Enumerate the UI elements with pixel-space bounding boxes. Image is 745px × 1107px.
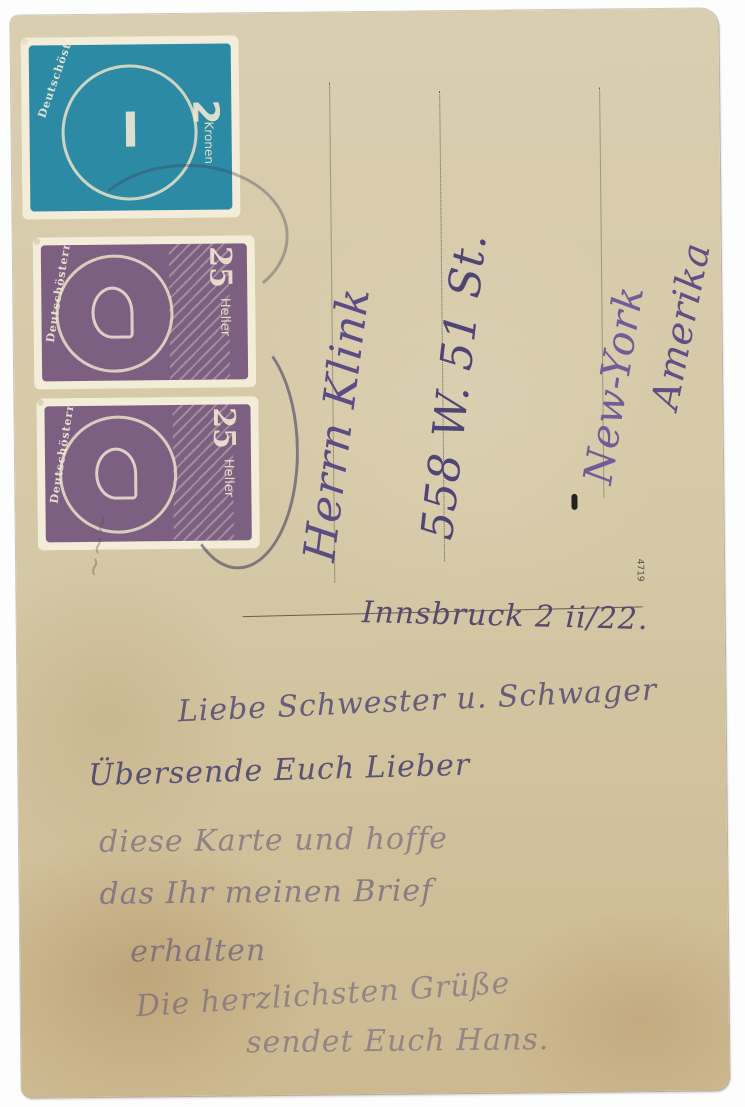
message-line: Liebe Schwester u. Schwager (177, 673, 658, 730)
message-place-date: Innsbruck 2 ii/22. (361, 595, 649, 637)
message-line: diese Karte und hoffe (99, 821, 448, 860)
message-line: sendet Euch Hans. (246, 1022, 550, 1060)
message-line: erhalten (130, 933, 266, 969)
eagle-emblem-icon: I (121, 102, 139, 158)
stamp-currency: Kronen (201, 121, 215, 164)
address-city: New-York (575, 282, 653, 487)
printed-number: 4719 (635, 559, 645, 582)
address-street: 558 W. 51 St. (412, 230, 497, 542)
postcard: I 2 Kronen Deutschösterreich 25 Heller D… (10, 8, 729, 1097)
ink-blot (571, 494, 577, 510)
address-country: Amerika (642, 239, 719, 413)
message-line: Die herzlichsten Grüße (135, 966, 511, 1024)
message-line: Übersende Euch Lieber (88, 748, 471, 794)
postmark-cancellation (82, 163, 290, 311)
message-line: das Ihr meinen Brief (99, 873, 433, 911)
postmark-cancellation (174, 331, 300, 570)
address-name: Herrn Klink (294, 284, 380, 564)
posthorn-icon (95, 447, 138, 499)
